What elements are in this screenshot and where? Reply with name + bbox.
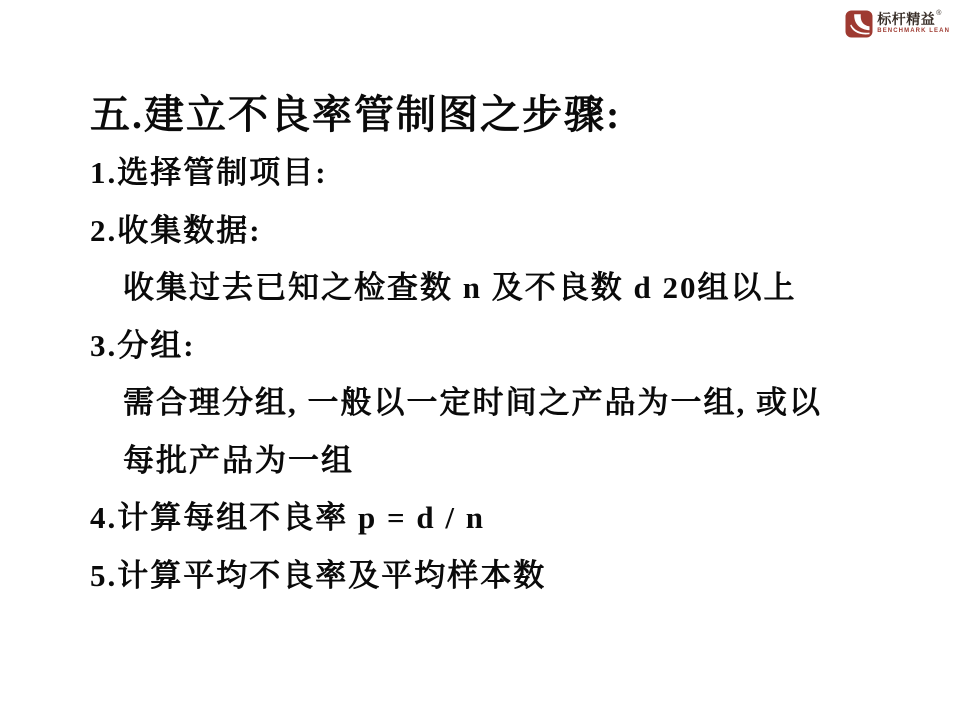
step-5-calc-averages: 5.计算平均不良率及平均样本数 xyxy=(90,558,900,616)
step-2-collect-data: 2.收集数据: xyxy=(90,213,900,271)
step-3-grouping: 3.分组: xyxy=(90,328,900,386)
registered-trademark-symbol: ® xyxy=(936,10,941,17)
step-3-detail-line-2: 每批产品为一组 xyxy=(90,443,900,501)
step-3-detail-line-1: 需合理分组, 一般以一定时间之产品为一组, 或以 xyxy=(90,385,900,443)
brand-logo-text: 标杆精益 ® BENCHMARK LEAN xyxy=(877,10,950,34)
slide-title: 五.建立不良率管制图之步骤: xyxy=(90,93,900,155)
brand-logo: 标杆精益 ® BENCHMARK LEAN xyxy=(845,10,950,38)
slide-content: 五.建立不良率管制图之步骤: 1.选择管制项目: 2.收集数据: 收集过去已知之… xyxy=(90,93,900,615)
step-1-select-control-item: 1.选择管制项目: xyxy=(90,155,900,213)
brand-name-en: BENCHMARK LEAN xyxy=(877,28,950,34)
benchmark-lean-logo-icon xyxy=(845,10,873,38)
step-2-detail: 收集过去已知之检查数 n 及不良数 d 20组以上 xyxy=(90,270,900,328)
presentation-slide: 标杆精益 ® BENCHMARK LEAN 五.建立不良率管制图之步骤: 1.选… xyxy=(0,0,960,720)
brand-name-cn: 标杆精益 xyxy=(877,12,935,26)
step-4-calc-defect-rate: 4.计算每组不良率 p = d / n xyxy=(90,500,900,558)
